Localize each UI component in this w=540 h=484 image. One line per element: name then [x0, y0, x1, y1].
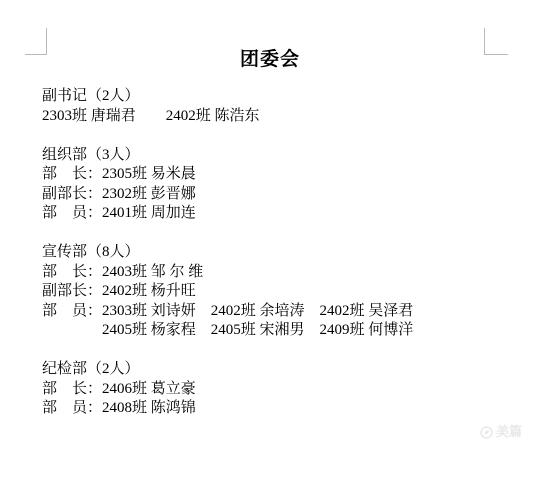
roster-line: 副部长：2302班 彭晋娜	[42, 185, 524, 205]
section-heading: 宣传部（8人）	[42, 243, 524, 263]
roster-line: 部 员：2408班 陈鸿锦	[42, 399, 524, 419]
meipian-logo-icon	[480, 426, 493, 439]
section-heading: 组织部（3人）	[42, 146, 524, 166]
roster-section: 副书记（2人）2303班 唐瑞君 2402班 陈浩东	[42, 87, 524, 126]
meipian-watermark: 美篇	[480, 425, 522, 439]
document-title: 团委会	[0, 48, 540, 71]
roster-line: 2303班 唐瑞君 2402班 陈浩东	[42, 107, 524, 127]
roster-line: 部 员：2401班 周加连	[42, 204, 524, 224]
roster-section: 纪检部（2人）部 长：2406班 葛立豪部 员：2408班 陈鸿锦	[42, 360, 524, 419]
roster-line: 2405班 杨家程 2405班 宋湘男 2409班 何博洋	[42, 321, 524, 341]
document-page: 团委会 副书记（2人）2303班 唐瑞君 2402班 陈浩东组织部（3人）部 长…	[0, 0, 540, 484]
roster-line: 部 长：2403班 邹 尔 维	[42, 263, 524, 283]
section-heading: 副书记（2人）	[42, 87, 524, 107]
roster-section: 组织部（3人）部 长：2305班 易米晨副部长：2302班 彭晋娜部 员：240…	[42, 146, 524, 224]
roster-line: 部 长：2305班 易米晨	[42, 165, 524, 185]
roster-line: 部 长：2406班 葛立豪	[42, 380, 524, 400]
watermark-label: 美篇	[496, 425, 522, 439]
roster-line: 副部长：2402班 杨升旺	[42, 282, 524, 302]
roster-line: 部 员：2303班 刘诗妍 2402班 余培涛 2402班 吴泽君	[42, 302, 524, 322]
document-body: 副书记（2人）2303班 唐瑞君 2402班 陈浩东组织部（3人）部 长：230…	[42, 87, 524, 438]
section-heading: 纪检部（2人）	[42, 360, 524, 380]
roster-section: 宣传部（8人）部 长：2403班 邹 尔 维副部长：2402班 杨升旺部 员：2…	[42, 243, 524, 341]
